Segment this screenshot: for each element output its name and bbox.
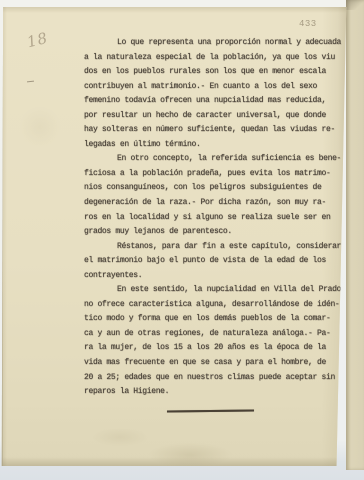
text-line: En otro concepto, la referida suficienci… <box>84 152 338 167</box>
text-line: En este sentido, la nupcialidad en Villa… <box>84 283 338 298</box>
text-line: femenino todavía ofrecen una nupcialidad… <box>84 94 338 109</box>
paper-left-edge <box>1 14 3 472</box>
text-line: legadas en último término. <box>84 138 338 153</box>
underlying-page-edge <box>346 0 364 470</box>
typewritten-text-block: Lo que representa una proporción normal … <box>84 36 338 400</box>
text-line: grados muy lejanos de parentesco. <box>84 225 338 240</box>
text-line: degeneración de la raza.- Por dicha razó… <box>84 196 338 211</box>
text-line: a la naturaleza especial de la población… <box>84 51 338 66</box>
text-line: ficiosa a la población pradeña, pues evi… <box>84 167 338 182</box>
text-line: nios consanguíneos, con los peligros sub… <box>84 181 338 196</box>
text-line: ca y aun de otras regiones, de naturalez… <box>84 327 338 342</box>
corner-smudge <box>346 0 364 10</box>
page-number: 433 <box>299 19 317 29</box>
text-line: por resultar un hecho de caracter univer… <box>84 109 338 124</box>
text-line: vida mas frecuente en que se casa y para… <box>84 356 338 371</box>
handwritten-folio-number: 18 <box>25 29 50 52</box>
text-line: hay solteras en número suficiente, queda… <box>84 123 338 138</box>
text-line: dos en los pueblos rurales son los que e… <box>84 65 338 80</box>
paper-blemish-dot <box>10 473 15 477</box>
text-line: Lo que representa una proporción normal … <box>84 36 338 51</box>
text-line: tico modo y forma que en los demás puebl… <box>84 312 338 327</box>
scan-background: { "page": { "folio_number_handwritten": … <box>0 0 364 480</box>
text-line: contribuyen al matrimonio.- En cuanto a … <box>84 80 338 95</box>
document-page: 18 433 Lo que representa una proporción … <box>0 7 348 466</box>
text-line: no ofrece característica alguna, desarro… <box>84 298 338 313</box>
margin-pencil-mark <box>27 81 34 83</box>
text-line: el matrimonio bajo el punto de vista de … <box>84 254 338 269</box>
closing-rule <box>167 410 254 413</box>
text-line: ra la mujer, de los 15 a los 20 años es … <box>84 341 338 356</box>
text-line: reparos la Higiene. <box>84 385 338 400</box>
text-line: Réstanos, para dar fin a este capítulo, … <box>84 240 338 255</box>
text-line: contrayentes. <box>84 269 338 284</box>
text-line: 20 a 25; edades que en nuestros climas p… <box>84 371 338 386</box>
text-line: ros en la localidad y si alguno se reali… <box>84 211 338 226</box>
